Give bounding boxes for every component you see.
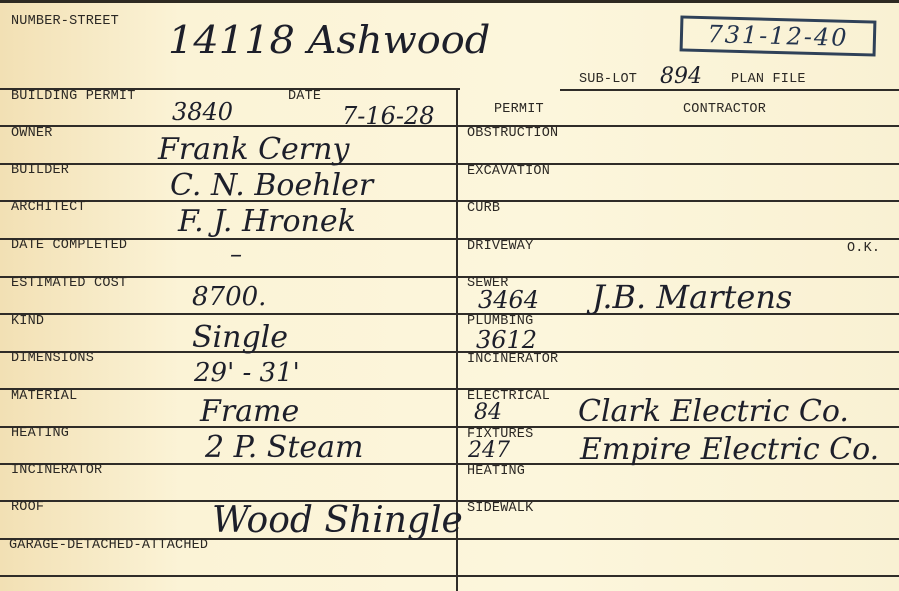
- garage-label: GARAGE-DETACHED-ATTACHED: [9, 538, 208, 553]
- curb-label: CURB: [467, 201, 500, 216]
- roof-label: ROOF: [11, 500, 44, 515]
- divider: [0, 388, 899, 390]
- heating-label: HEATING: [11, 426, 69, 441]
- material-label: MATERIAL: [11, 389, 77, 404]
- divider: [0, 200, 899, 202]
- fixtures-contractor: Empire Electric Co.: [580, 432, 879, 467]
- card-top-edge: [0, 0, 899, 3]
- dimensions-label: DIMENSIONS: [11, 351, 94, 366]
- divider: [0, 238, 899, 240]
- material-value: Frame: [200, 394, 299, 429]
- building-permit-label: BUILDING PERMIT: [11, 89, 136, 104]
- divider: [0, 125, 899, 127]
- divider: [0, 351, 899, 353]
- estimated-cost-value: 8700.: [192, 282, 266, 312]
- sub-lot-value: 894: [660, 64, 702, 89]
- file-number-stamp: 731-12-40: [680, 15, 877, 56]
- architect-label: ARCHITECT: [11, 200, 86, 215]
- incinerator-label: INCINERATOR: [11, 463, 102, 478]
- divider: [0, 575, 899, 577]
- driveway-note: O.K.: [847, 241, 880, 256]
- electrical-contractor: Clark Electric Co.: [578, 394, 849, 429]
- date-value: 7-16-28: [342, 102, 435, 130]
- heating-value: 2 P. Steam: [205, 430, 364, 465]
- sewer-number: 3464: [478, 286, 539, 314]
- building-permit-card: NUMBER-STREET 14118 Ashwood 731-12-40 SU…: [0, 0, 899, 591]
- kind-value: Single: [192, 320, 288, 355]
- sewer-contractor: J.B. Martens: [592, 278, 792, 316]
- divider: [560, 89, 899, 91]
- driveway-label: DRIVEWAY: [467, 239, 533, 254]
- builder-label: BUILDER: [11, 163, 69, 178]
- sub-lot-label: SUB-LOT: [579, 72, 637, 87]
- date-label: DATE: [288, 89, 321, 104]
- date-completed-value: –: [230, 240, 242, 268]
- builder-value: C. N. Boehler: [170, 168, 373, 203]
- dimensions-value: 29' - 31': [194, 358, 300, 388]
- architect-value: F. J. Hronek: [178, 204, 356, 239]
- divider: [0, 163, 899, 165]
- number-street-label: NUMBER-STREET: [11, 14, 119, 29]
- owner-value: Frank Cerny: [158, 132, 349, 167]
- incinerator-permit-label: INCINERATOR: [467, 352, 558, 367]
- electrical-number: 84: [474, 400, 502, 425]
- number-street-value: 14118 Ashwood: [168, 18, 490, 62]
- sidewalk-label: SIDEWALK: [467, 501, 533, 516]
- file-number-text: 731-12-40: [683, 19, 874, 54]
- excavation-label: EXCAVATION: [467, 164, 550, 179]
- permit-header: PERMIT: [494, 102, 544, 117]
- contractor-header: CONTRACTOR: [683, 102, 766, 117]
- heating-permit-label: HEATING: [467, 464, 525, 479]
- fixtures-number: 247: [468, 438, 510, 463]
- date-completed-label: DATE COMPLETED: [11, 238, 127, 253]
- obstruction-label: OBSTRUCTION: [467, 126, 558, 141]
- plan-file-label: PLAN FILE: [731, 72, 806, 87]
- building-permit-value: 3840: [172, 98, 233, 126]
- kind-label: KIND: [11, 314, 44, 329]
- owner-label: OWNER: [11, 126, 53, 141]
- estimated-cost-label: ESTIMATED COST: [11, 276, 127, 291]
- plumbing-number: 3612: [476, 326, 537, 354]
- roof-value: Wood Shingle: [212, 500, 463, 541]
